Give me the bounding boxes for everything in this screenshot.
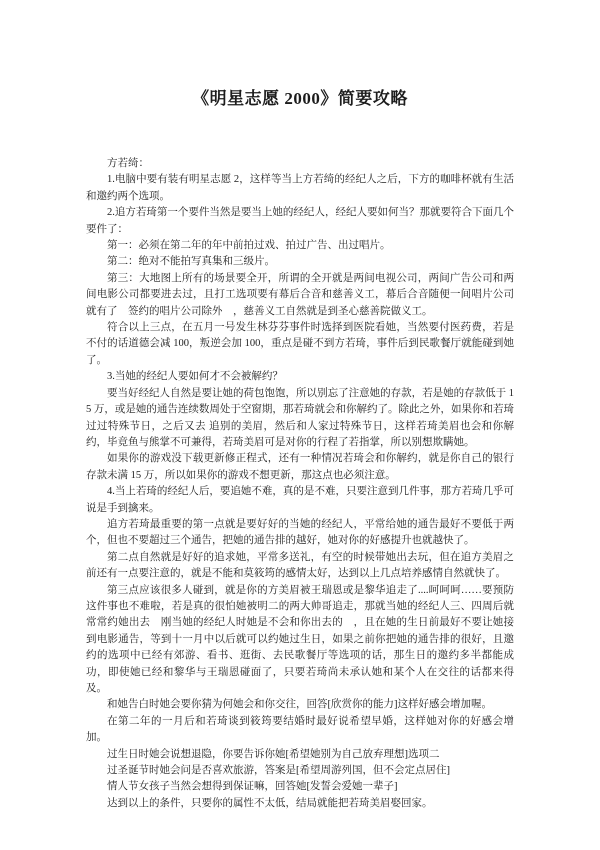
paragraph-requirement-1: 第一：必须在第二年的年中前拍过戏、拍过广告、出过唱片。 [86,238,514,254]
paragraph-step-2: 2.追方若琦第一个要件当然是要当上她的经纪人，经纪人要如何当？那就要符合下面几个… [86,205,514,238]
paragraph-valentine-answer: 情人节女孩子当然会想得到保证嘛，回答她[发誓会爱她一辈子] [86,779,514,795]
document-page: 《明星志愿 2000》简要攻略 方若绮： 1.电脑中要有装有明星志愿 2，这样等… [0,0,600,850]
paragraph-contract-tips: 要当好经纪人自然是要让她的荷包饱饱，所以别忘了注意她的存款，若是她的存款低于 1… [86,386,514,452]
paragraph-requirement-2: 第二：绝对不能拍写真集和三级片。 [86,254,514,270]
paragraph-update-note: 如果你的游戏没下载更新修正程式，还有一种情况若琦会和你解约，就是你自己的银行存款… [86,451,514,484]
paragraph-step-1: 1.电脑中要有装有明星志愿 2，这样等当上方若绮的经纪人之后，下方的咖啡杯就有生… [86,172,514,205]
paragraph-point-1: 追方若琦最重要的第一点就是要好好的当她的经纪人，平常给她的通告最好不要低于两个，… [86,517,514,550]
paragraph-marriage-talk: 在第二年的一月后和若琦谈到筱筠要结婚时最好说希望早婚，这样她对你的好感会增加。 [86,714,514,747]
paragraph-requirement-3: 第三：大地图上所有的场景要全开，所谓的全开就是两间电视公司，两间广告公司和两间电… [86,271,514,320]
paragraph-point-2: 第二点自然就是好好的追求她，平常多送礼，有空的时候带她出去玩，但在追方美眉之前还… [86,550,514,583]
paragraph-christmas-answer: 过圣诞节时她会问是否喜欢旅游，答案是[希望周游列国，但不会定点居住] [86,763,514,779]
paragraph-step-4: 4.当上若琦的经纪人后，要追她不难，真的是不难，只要注意到几件事，那方若琦几乎可… [86,484,514,517]
paragraph-ending: 达到以上的条件，只要你的属性不太低，结局就能把若琦美眉娶回家。 [86,796,514,812]
paragraph-point-3: 第三点应该很多人碰到，就是你的方美眉被王瑞恩或是黎华追走了....呵呵呵……要预… [86,583,514,698]
doc-title: 《明星志愿 2000》简要攻略 [86,88,514,110]
paragraph-birthday-answer: 过生日时她会说想退隐，你要告诉你她[希望她别为自己放弃理想]选项二 [86,747,514,763]
paragraph-confession-answer: 和她告白时她会要你猜为何她会和你交往，回答[欣赏你的能力]这样好感会增加喔。 [86,697,514,713]
paragraph-character-name: 方若绮： [86,156,514,172]
paragraph-step-3: 3.当她的经纪人要如何才不会被解约？ [86,369,514,385]
paragraph-hospital-event: 符合以上三点，在五月一号发生林芬芬事件时选择到医院看她，当然要付医药费，若是不付… [86,320,514,369]
